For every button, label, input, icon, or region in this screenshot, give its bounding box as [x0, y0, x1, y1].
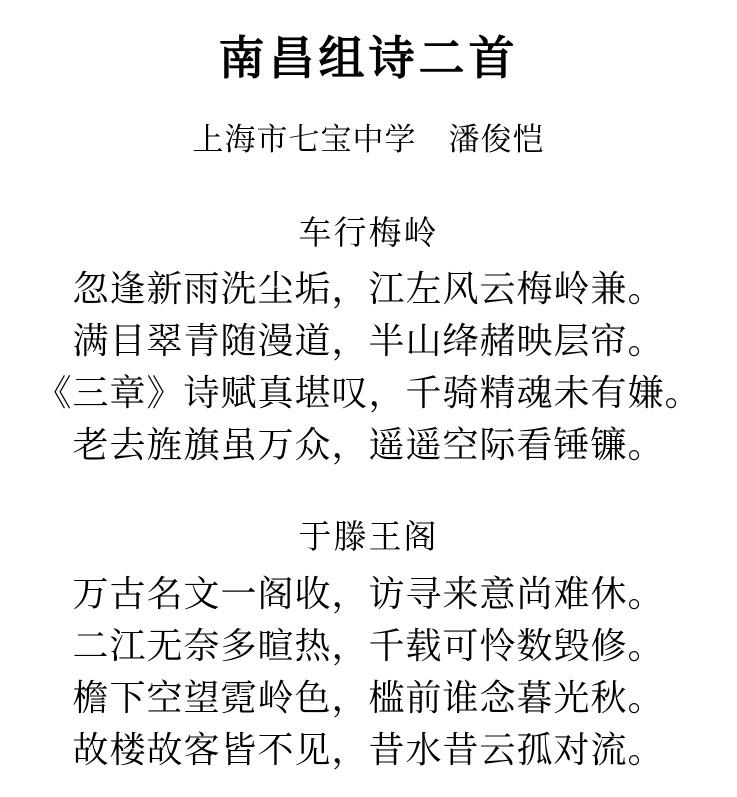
poem-1-line-4: 老去旌旗虽万众，遥遥空际看锤镰。 — [0, 419, 737, 471]
poem-1-line-1: 忽逢新雨洗尘垢，江左风云梅岭兼。 — [0, 263, 737, 315]
document-title: 南昌组诗二首 — [0, 30, 737, 88]
poem-1: 车行梅岭 忽逢新雨洗尘垢，江左风云梅岭兼。 满目翠青随漫道，半山绛赭映层帘。 《… — [0, 213, 737, 472]
poem-1-line-3: 《三章》诗赋真堪叹，千骑精魂未有嫌。 — [0, 367, 737, 419]
poem-2-line-4: 故楼故客皆不见，昔水昔云孤对流。 — [0, 724, 737, 776]
poem-2-line-2: 二江无奈多暄热，千载可怜数毁修。 — [0, 620, 737, 672]
poem-1-title: 车行梅岭 — [0, 213, 737, 256]
poem-1-line-2: 满目翠青随漫道，半山绛赭映层帘。 — [0, 315, 737, 367]
poem-2-line-1: 万古名文一阁收，访寻来意尚难休。 — [0, 568, 737, 620]
poem-2-title: 于滕王阁 — [0, 517, 737, 560]
author-line: 上海市七宝中学 潘俊恺 — [0, 114, 737, 159]
poem-2-line-3: 檐下空望霓岭色，槛前谁念暮光秋。 — [0, 672, 737, 724]
poem-2: 于滕王阁 万古名文一阁收，访寻来意尚难休。 二江无奈多暄热，千载可怜数毁修。 檐… — [0, 517, 737, 776]
poem-document: 南昌组诗二首 上海市七宝中学 潘俊恺 车行梅岭 忽逢新雨洗尘垢，江左风云梅岭兼。… — [0, 0, 737, 797]
